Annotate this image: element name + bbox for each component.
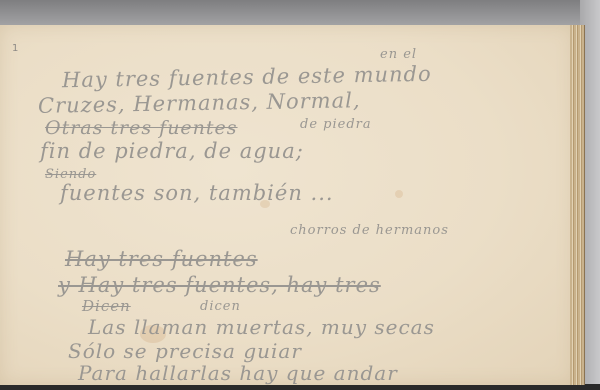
manuscript-line: Hay tres fuentes de este mundo: [62, 62, 432, 92]
manuscript-line-struck: y Hay tres fuentes, hay tres: [58, 273, 381, 297]
manuscript-line: Para hallarlas hay que andar: [78, 361, 398, 385]
insertion-text: chorros de hermanos: [290, 223, 449, 238]
page-number: 1: [12, 43, 18, 54]
insertion-text: dicen: [200, 299, 241, 314]
manuscript-page: 1 en el Hay tres fuentes de este mundo C…: [0, 25, 574, 385]
manuscript-line-struck: Dicen: [82, 297, 131, 315]
insertion-text: en el: [380, 47, 417, 62]
manuscript-line: Las llaman muertas, muy secas: [88, 315, 435, 339]
manuscript-line-struck: Hay tres fuentes: [65, 247, 258, 271]
manuscript-line: fuentes son, también ...: [60, 181, 334, 205]
manuscript-line: Cruzes, Hermanas, Normal,: [38, 88, 361, 118]
manuscript-line-struck: Otras tres fuentes: [45, 117, 238, 139]
manuscript-line: fin de piedra, de agua;: [40, 139, 304, 163]
manuscript-line: Sólo se precisa guiar: [68, 339, 302, 363]
insertion-text: de piedra: [300, 117, 372, 132]
scan-backdrop-top: [0, 0, 600, 26]
paper-stain: [395, 190, 403, 198]
manuscript-line-struck: Siendo: [45, 167, 96, 182]
page-edges: [570, 25, 585, 385]
